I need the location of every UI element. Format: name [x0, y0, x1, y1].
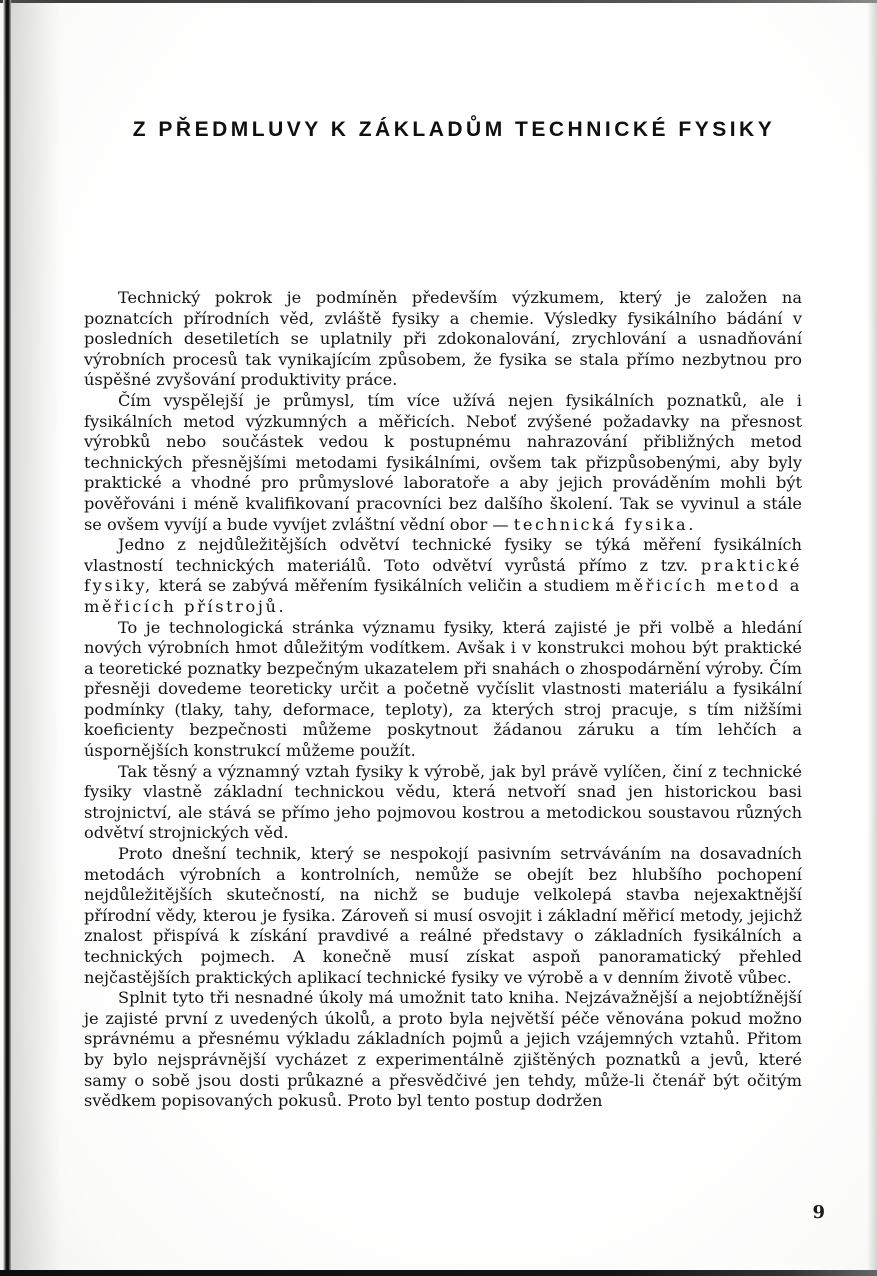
paragraph: Čím vyspělejší je průmysl, tím více užív… — [84, 391, 802, 535]
paragraph-text: která se zabývá měřením fysikálních veli… — [153, 576, 616, 595]
scan-edge-left — [3, 0, 12, 1276]
scanned-book-page: Z PŘEDMLUVY K ZÁKLADŮM TECHNICKÉ FYSIKY … — [0, 0, 877, 1276]
paragraph-text: Technický pokrok je podmíněn především v… — [84, 288, 802, 389]
scan-edge-right — [867, 0, 877, 1276]
paragraph: Tak těsný a významný vztah fysiky k výro… — [84, 762, 802, 844]
paragraph-text: Čím vyspělejší je průmysl, tím více užív… — [84, 391, 802, 534]
scan-gutter-shadow — [12, 0, 62, 1276]
paragraph: To je technologická stránka významu fysi… — [84, 618, 802, 762]
page-title: Z PŘEDMLUVY K ZÁKLADŮM TECHNICKÉ FYSIKY — [84, 118, 824, 142]
paragraph: Splnit tyto tři nesnadné úkoly má umožni… — [84, 988, 802, 1112]
scan-edge-top — [0, 0, 877, 3]
paragraph-text: To je technologická stránka významu fysi… — [84, 618, 802, 761]
emphasis-spaced-text: technická fysika. — [514, 515, 696, 534]
paragraph: Proto dnešní technik, který se nespokojí… — [84, 844, 802, 988]
paragraph-text: Proto dnešní technik, který se nespokojí… — [84, 844, 802, 987]
page-number: 9 — [812, 1202, 825, 1223]
scan-edge-bottom — [0, 1270, 877, 1276]
paragraph-text: Splnit tyto tři nesnadné úkoly má umožni… — [84, 988, 802, 1110]
paragraph-text: Jedno z nejdůležitějších odvětví technic… — [84, 535, 802, 575]
body-text: Technický pokrok je podmíněn především v… — [84, 288, 802, 1112]
paragraph-text: Tak těsný a významný vztah fysiky k výro… — [84, 762, 802, 843]
paragraph: Jedno z nejdůležitějších odvětví technic… — [84, 535, 802, 617]
paragraph: Technický pokrok je podmíněn především v… — [84, 288, 802, 391]
